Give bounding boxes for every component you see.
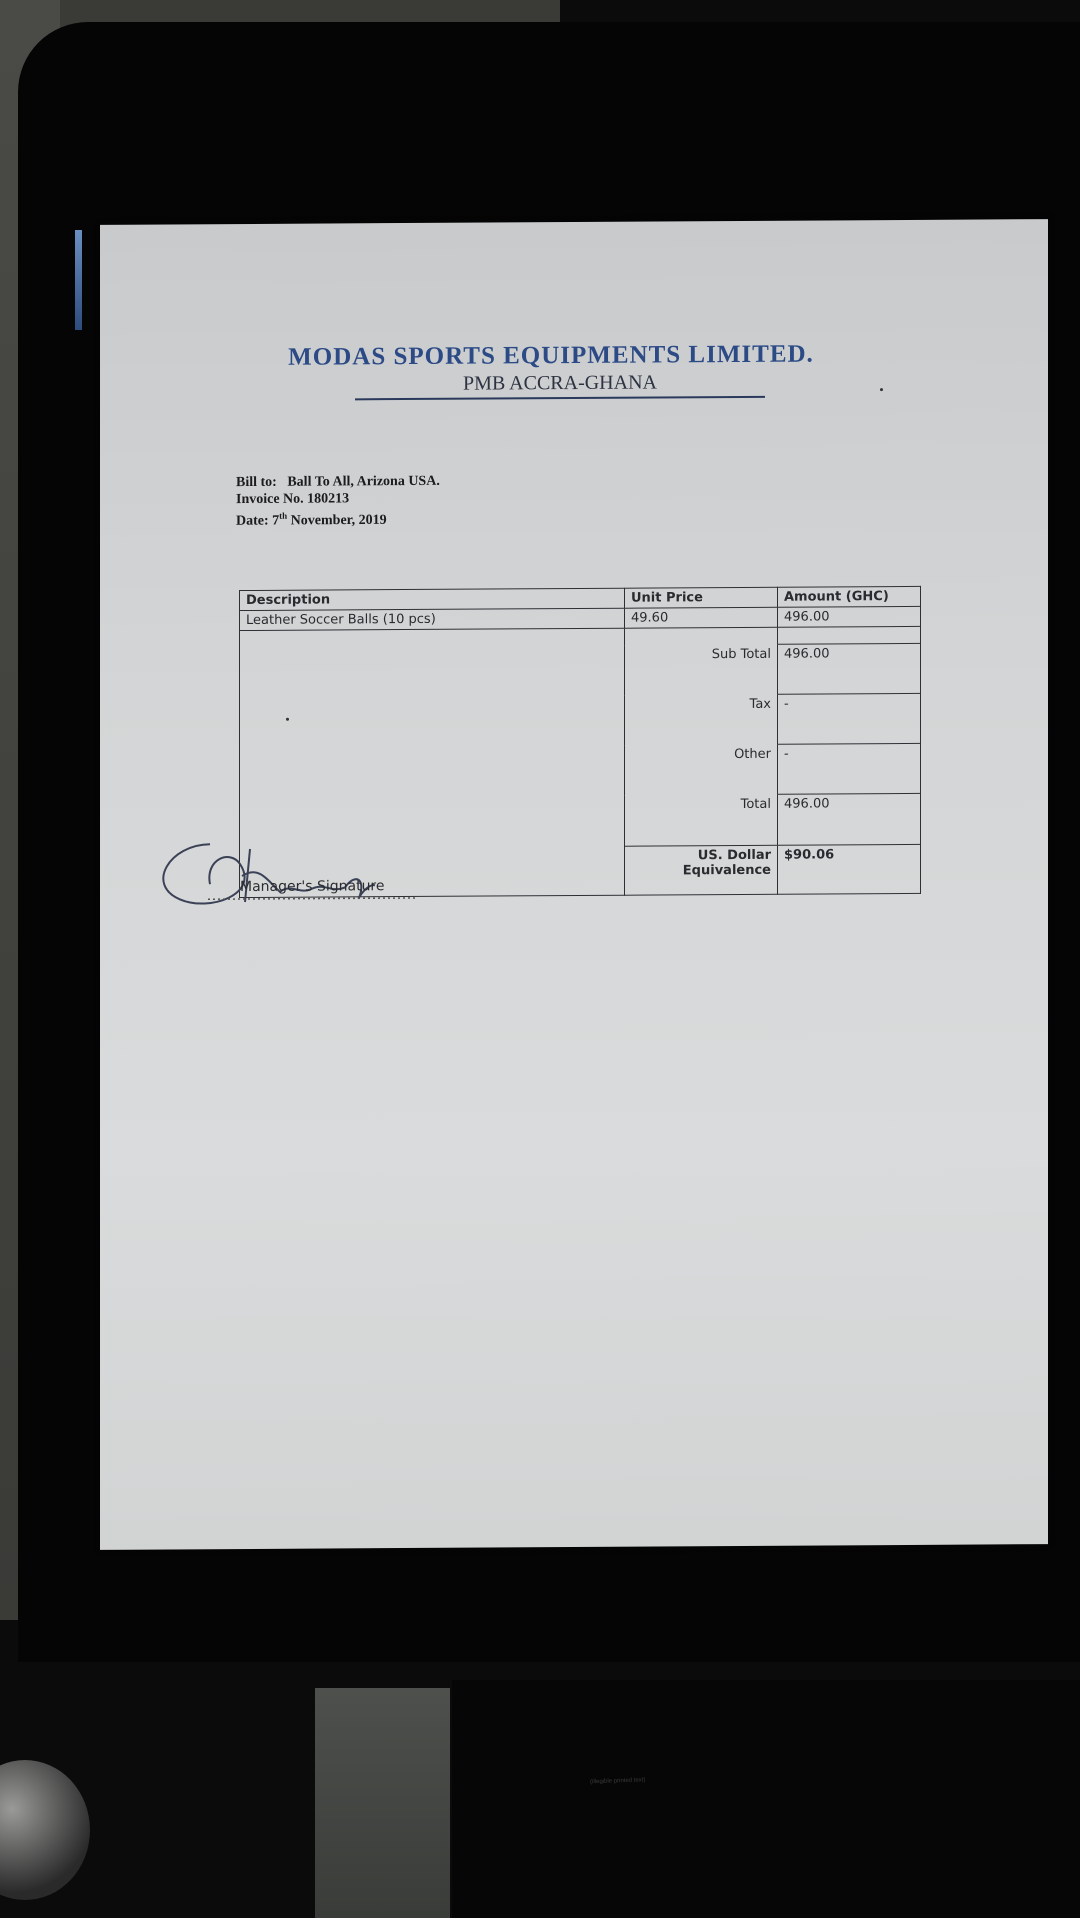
row-description: Leather Soccer Balls (10 pcs) bbox=[240, 608, 625, 630]
bill-to-value: Ball To All, Arizona USA. bbox=[287, 474, 439, 490]
bill-to-label: Bill to: bbox=[236, 475, 277, 490]
date-label: Date: bbox=[236, 514, 269, 529]
invoice-number: 180213 bbox=[307, 491, 349, 506]
paper-speck bbox=[880, 388, 883, 391]
other-value: - bbox=[778, 743, 921, 794]
invoice-label: Invoice No. bbox=[236, 492, 304, 507]
invoice-paper: MODAS SPORTS EQUIPMENTS LIMITED. PMB ACC… bbox=[100, 219, 1048, 1550]
paper-speck bbox=[286, 718, 289, 721]
subtotal-label: Sub Total bbox=[625, 644, 778, 695]
subtotal-value: 496.00 bbox=[778, 643, 921, 694]
usd-value: $90.06 bbox=[778, 844, 921, 894]
signature-label: Manager's Signature bbox=[240, 878, 385, 895]
date-suffix: th bbox=[279, 511, 287, 521]
background-knob bbox=[0, 1760, 90, 1900]
bill-to-line: Bill to: Ball To All, Arizona USA. bbox=[236, 473, 440, 491]
row-amount: 496.00 bbox=[778, 606, 921, 627]
header-unit-price: Unit Price bbox=[625, 587, 778, 608]
signature-scribble bbox=[150, 823, 450, 925]
bill-info: Bill to: Ball To All, Arizona USA. Invoi… bbox=[236, 473, 440, 530]
date-line: Date: 7th November, 2019 bbox=[236, 507, 440, 530]
date-rest: November, 2019 bbox=[291, 513, 387, 529]
background-dark-panel bbox=[452, 1680, 1080, 1918]
other-label: Other bbox=[625, 744, 778, 795]
tax-label: Tax bbox=[625, 694, 778, 745]
usd-label: US. Dollar Equivalence bbox=[625, 845, 778, 895]
blue-edge-strip bbox=[75, 230, 82, 330]
row-unit-price: 49.60 bbox=[625, 607, 778, 628]
total-value: 496.00 bbox=[778, 793, 921, 844]
total-label: Total bbox=[625, 794, 778, 845]
tax-value: - bbox=[778, 693, 921, 744]
company-address: PMB ACCRA-GHANA bbox=[355, 371, 765, 401]
company-name: MODAS SPORTS EQUIPMENTS LIMITED. bbox=[236, 340, 866, 372]
invoice-number-line: Invoice No. 180213 bbox=[236, 490, 440, 508]
header-description: Description bbox=[240, 588, 625, 610]
header-amount: Amount (GHC) bbox=[778, 586, 921, 607]
background-card bbox=[315, 1688, 450, 1918]
